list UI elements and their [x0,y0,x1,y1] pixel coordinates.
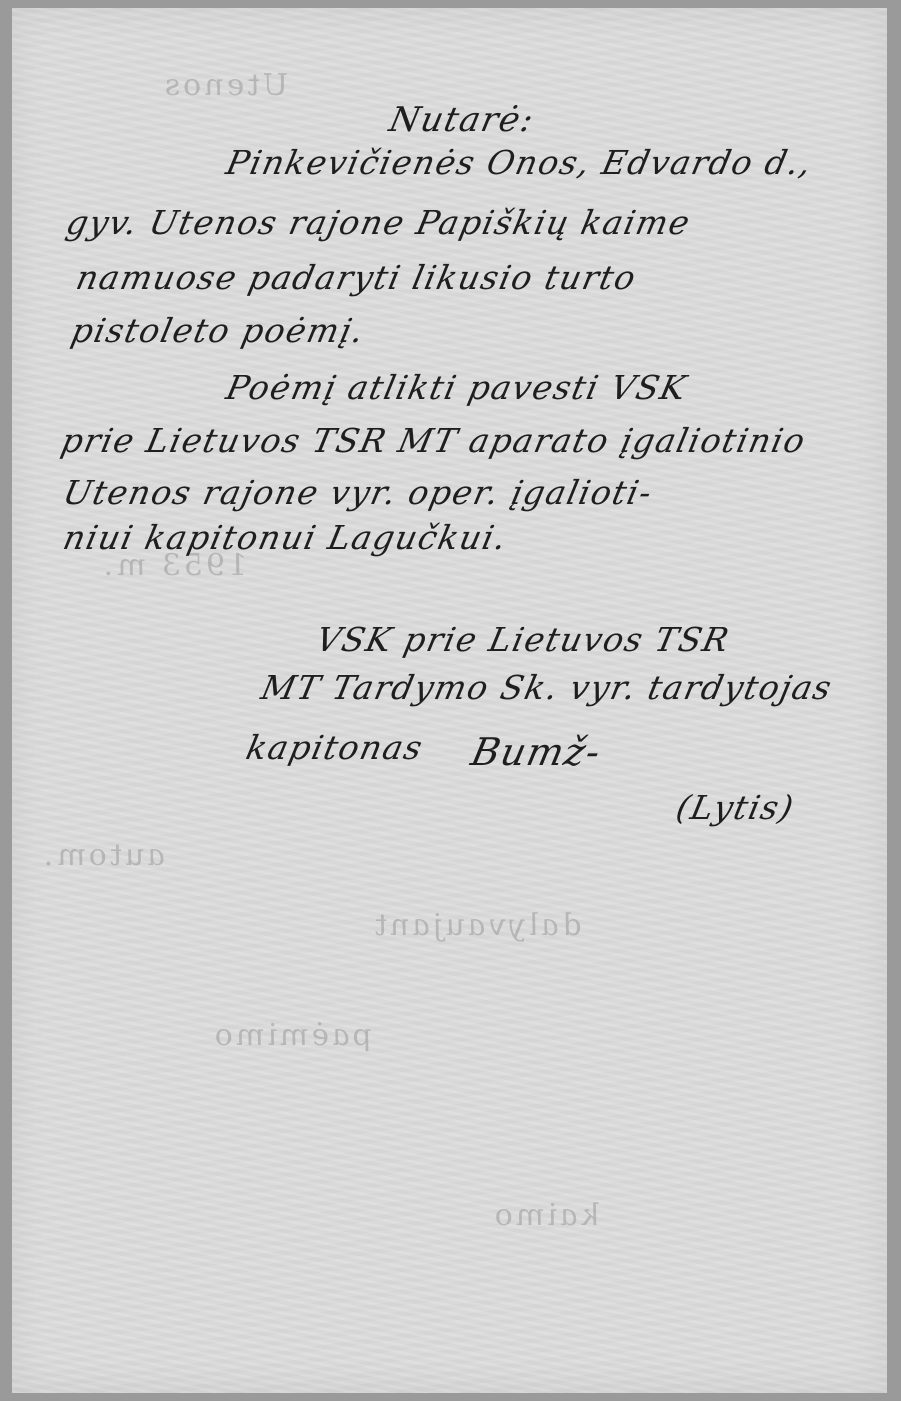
document-title: Nutarė: [386,100,538,140]
paragraph-2-line-4: niui kapitonui Lagučkui. [60,518,511,557]
paragraph-1-line-2: gyv. Utenos rajone Papiškių kaime [63,203,695,242]
paragraph-2-line-2: prie Lietuvos TSR MT aparato įgaliotinio [58,421,810,460]
signature: Bumž- [467,730,605,774]
paragraph-2-line-3: Utenos rajone vyr. oper. įgalioti- [60,473,657,512]
bleed-through-text: paėmimo [209,1018,376,1053]
signature-block-line-1: VSK prie Lietuvos TSR [313,620,734,659]
bleed-through-text: autom. [39,838,168,873]
bleed-through-text: dalyvaujant [369,908,585,943]
paragraph-2-line-1: Poėmį atlikti pavesti VSK [223,368,691,407]
bleed-through-text: Utenos [159,68,291,103]
bleed-through-text: kaimo [489,1198,602,1233]
signature-block-line-2: MT Tardymo Sk. vyr. tardytojas [258,668,836,707]
paragraph-1-line-3: namuose padaryti likusio turto [73,258,641,297]
paragraph-1-line-4: pistoleto poėmį. [68,311,369,350]
paragraph-1-line-1: Pinkevičienės Onos, Edvardo d., [223,143,816,182]
document-page: Utenos 1953 m. autom. dalyvaujant paėmim… [12,8,887,1393]
signer-name: (Lytis) [673,788,798,827]
signature-rank: kapitonas [243,728,427,767]
